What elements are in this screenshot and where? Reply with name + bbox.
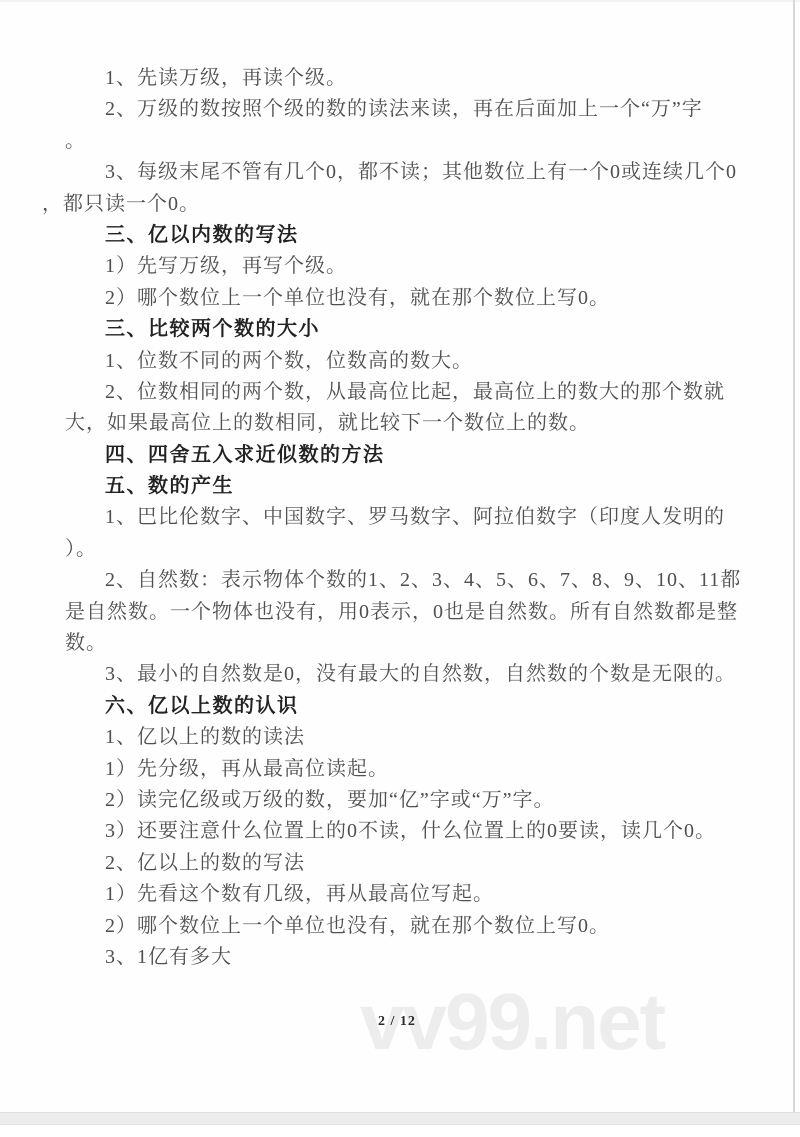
text-line: 2、亿以上的数的写法 xyxy=(65,848,745,879)
heading-line: 四、四舍五入求近似数的方法 xyxy=(65,440,745,471)
document-body: 1、先读万级，再读个级。2、万级的数按照个级的数的读法来读，再在后面加上一个“万… xyxy=(65,63,745,973)
text-line: 3、1亿有多大 xyxy=(65,942,745,973)
text-line: 3、最小的自然数是0，没有最大的自然数，自然数的个数是无限的。 xyxy=(65,659,745,690)
page-right-edge xyxy=(793,0,795,1137)
text-line: 2）读完亿级或万级的数，要加“亿”字或“万”字。 xyxy=(65,785,745,816)
text-line: 2）哪个数位上一个单位也没有，就在那个数位上写0。 xyxy=(65,911,745,942)
text-line: 1、巴比伦数字、中国数字、罗马数字、阿拉伯数字（印度人发明的 xyxy=(65,502,745,533)
text-line: 3、每级末尾不管有几个0，都不读；其他数位上有一个0或连续几个0 xyxy=(65,157,745,188)
text-line: 1）先分级，再从最高位读起。 xyxy=(65,754,745,785)
text-line: 1、亿以上的数的读法 xyxy=(65,722,745,753)
text-line: ，都只读一个0。 xyxy=(42,189,745,220)
heading-line: 三、亿以内数的写法 xyxy=(65,220,745,251)
text-line: 是自然数。一个物体也没有，用0表示，0也是自然数。所有自然数都是整 xyxy=(65,597,745,628)
text-line: 2、位数相同的两个数，从最高位比起，最高位上的数大的那个数就 xyxy=(65,377,745,408)
text-line: 1）先写万级，再写个级。 xyxy=(65,251,745,282)
text-line: 2）哪个数位上一个单位也没有，就在那个数位上写0。 xyxy=(65,283,745,314)
text-line: 1）先看这个数有几级，再从最高位写起。 xyxy=(65,879,745,910)
next-page-top xyxy=(0,1125,800,1137)
heading-line: 六、亿以上数的认识 xyxy=(65,691,745,722)
text-line: 2、自然数：表示物体个数的1、2、3、4、5、6、7、8、9、10、11都 xyxy=(65,565,745,596)
document-page: vv99.net 1、先读万级，再读个级。2、万级的数按照个级的数的读法来读，再… xyxy=(0,0,800,1137)
text-line: 数。 xyxy=(65,628,745,659)
page-number: 2 / 12 xyxy=(0,1014,794,1030)
text-line: 3）还要注意什么位置上的0不读，什么位置上的0要读，读几个0。 xyxy=(65,816,745,847)
text-line: 大，如果最高位上的数相同，就比较下一个数位上的数。 xyxy=(65,408,745,439)
heading-line: 三、比较两个数的大小 xyxy=(65,314,745,345)
page-top-edge xyxy=(0,0,800,2)
text-line: ）。 xyxy=(65,534,745,565)
page-separator xyxy=(0,1112,800,1125)
text-line: 1、位数不同的两个数，位数高的数大。 xyxy=(65,346,745,377)
text-line: 。 xyxy=(65,126,745,157)
text-line: 1、先读万级，再读个级。 xyxy=(65,63,745,94)
text-line: 2、万级的数按照个级的数的读法来读，再在后面加上一个“万”字 xyxy=(65,94,745,125)
heading-line: 五、数的产生 xyxy=(65,471,745,502)
